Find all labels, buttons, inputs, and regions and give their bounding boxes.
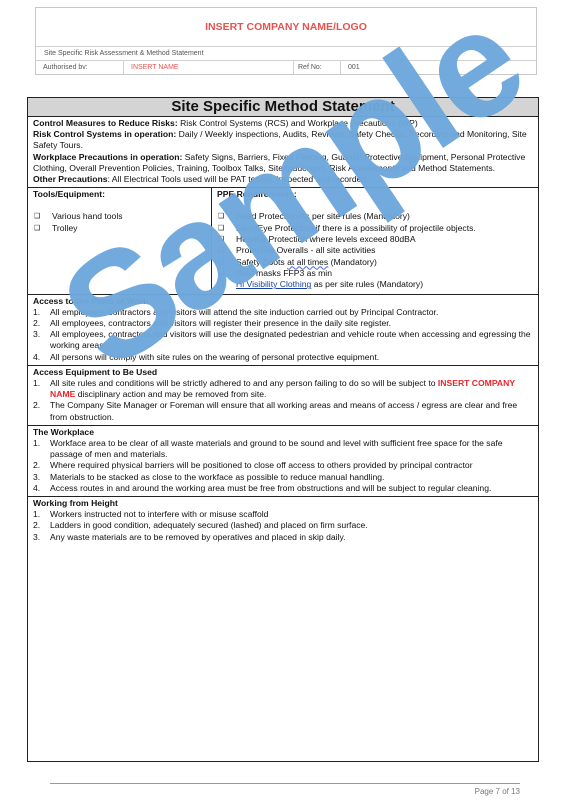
control-measures: Control Measures to Reduce Risks: Risk C… bbox=[33, 118, 534, 129]
checkbox-icon: ❑ bbox=[217, 268, 236, 279]
workplace-list: 1.Workface area to be clear of all waste… bbox=[33, 438, 534, 494]
list-item: ❑Face/Eye Protection if there is a possi… bbox=[217, 223, 534, 234]
tools-ppe-section: Tools/Equipment: ❑Various hand tools❑Tro… bbox=[28, 188, 538, 294]
list-item: 1.Workface area to be clear of all waste… bbox=[33, 438, 534, 460]
checkbox-icon: ❑ bbox=[33, 223, 52, 234]
equipment-section: Access Equipment to Be Used 1.All site r… bbox=[28, 366, 538, 426]
list-item: ❑Dust masks FFP3 as min bbox=[217, 268, 534, 279]
list-item: ❑Various hand tools bbox=[33, 211, 207, 222]
footer-divider bbox=[50, 783, 520, 784]
authorised-by-label: Authorised bv: bbox=[36, 61, 124, 74]
authorised-by-value: INSERT NAME bbox=[124, 61, 294, 74]
list-item: 2.All employees, contractors and visitor… bbox=[33, 318, 534, 329]
method-statement-table: Site Specific Method Statement Control M… bbox=[27, 97, 539, 762]
equipment-title: Access Equipment to Be Used bbox=[33, 367, 534, 378]
ref-label: Ref No: bbox=[294, 61, 341, 74]
list-item: 3.All employees, contractors and visitor… bbox=[33, 329, 534, 351]
checkbox-icon: ❑ bbox=[217, 223, 236, 234]
tools-column: Tools/Equipment: ❑Various hand tools❑Tro… bbox=[28, 188, 212, 293]
page-number: Page 7 of 13 bbox=[475, 787, 520, 796]
tools-title: Tools/Equipment: bbox=[33, 189, 207, 200]
checkbox-icon: ❑ bbox=[33, 211, 52, 222]
list-item: ❑Safety Boots at all times (Mandatory) bbox=[217, 257, 534, 268]
list-item: 4.Access routes in and around the workin… bbox=[33, 483, 534, 494]
authorisation-row: Authorised bv: INSERT NAME Ref No: 001 bbox=[36, 61, 536, 74]
checkbox-icon: ❑ bbox=[217, 257, 236, 268]
workplace-precautions: Workplace Precautions in operation: Safe… bbox=[33, 152, 534, 174]
height-title: Working from Height bbox=[33, 498, 534, 509]
document-header: INSERT COMPANY NAME/LOGO Site Specific R… bbox=[35, 7, 537, 75]
risk-control-systems: Risk Control Systems in operation: Daily… bbox=[33, 129, 534, 151]
list-item: 1.All employees, contractors and visitor… bbox=[33, 307, 534, 318]
access-list: 1.All employees, contractors and visitor… bbox=[33, 307, 534, 363]
checkbox-icon: ❑ bbox=[217, 245, 236, 256]
list-item: 2.The Company Site Manager or Foreman wi… bbox=[33, 400, 534, 422]
height-section: Working from Height 1.Workers instructed… bbox=[28, 497, 538, 545]
tools-list: ❑Various hand tools❑Trolley bbox=[33, 211, 207, 233]
list-item: ❑Hi Visibility Clothing as per site rule… bbox=[217, 279, 534, 290]
list-item: 3.Materials to be stacked as close to th… bbox=[33, 472, 534, 483]
checkbox-icon: ❑ bbox=[217, 279, 236, 290]
list-item: 1.All site rules and conditions will be … bbox=[33, 378, 534, 400]
document-type: Site Specific Risk Assessment & Method S… bbox=[36, 47, 536, 61]
list-item: 4.All persons will comply with site rule… bbox=[33, 352, 534, 363]
list-item: ❑Hearing Protection where levels exceed … bbox=[217, 234, 534, 245]
list-item: 3.Any waste materials are to be removed … bbox=[33, 532, 534, 543]
list-item: ❑Protective Overalls - all site activiti… bbox=[217, 245, 534, 256]
list-item: ❑Trolley bbox=[33, 223, 207, 234]
company-logo-placeholder: INSERT COMPANY NAME/LOGO bbox=[36, 8, 536, 47]
access-section: Access to the Place of Work 1.All employ… bbox=[28, 295, 538, 366]
ref-value: 001 bbox=[341, 61, 536, 74]
workplace-section: The Workplace 1.Workface area to be clea… bbox=[28, 426, 538, 497]
checkbox-icon: ❑ bbox=[217, 234, 236, 245]
workplace-title: The Workplace bbox=[33, 427, 534, 438]
access-title: Access to the Place of Work bbox=[33, 296, 534, 307]
other-precautions: Other Precautions: All Electrical Tools … bbox=[33, 174, 534, 185]
list-item: 2.Where required physical barriers will … bbox=[33, 460, 534, 471]
intro-section: Control Measures to Reduce Risks: Risk C… bbox=[28, 117, 538, 188]
page-title: Site Specific Method Statement bbox=[28, 98, 538, 117]
list-item: ❑Head Protection As per site rules (Mand… bbox=[217, 211, 534, 222]
checkbox-icon: ❑ bbox=[217, 211, 236, 222]
ppe-list: ❑Head Protection As per site rules (Mand… bbox=[217, 211, 534, 290]
height-list: 1.Workers instructed not to interfere wi… bbox=[33, 509, 534, 543]
list-item: 1.Workers instructed not to interfere wi… bbox=[33, 509, 534, 520]
ppe-title: PPE Requirements: bbox=[217, 189, 534, 200]
ppe-column: PPE Requirements: ❑Head Protection As pe… bbox=[212, 188, 538, 293]
equipment-list: 1.All site rules and conditions will be … bbox=[33, 378, 534, 423]
list-item: 2.Ladders in good condition, adequately … bbox=[33, 520, 534, 531]
